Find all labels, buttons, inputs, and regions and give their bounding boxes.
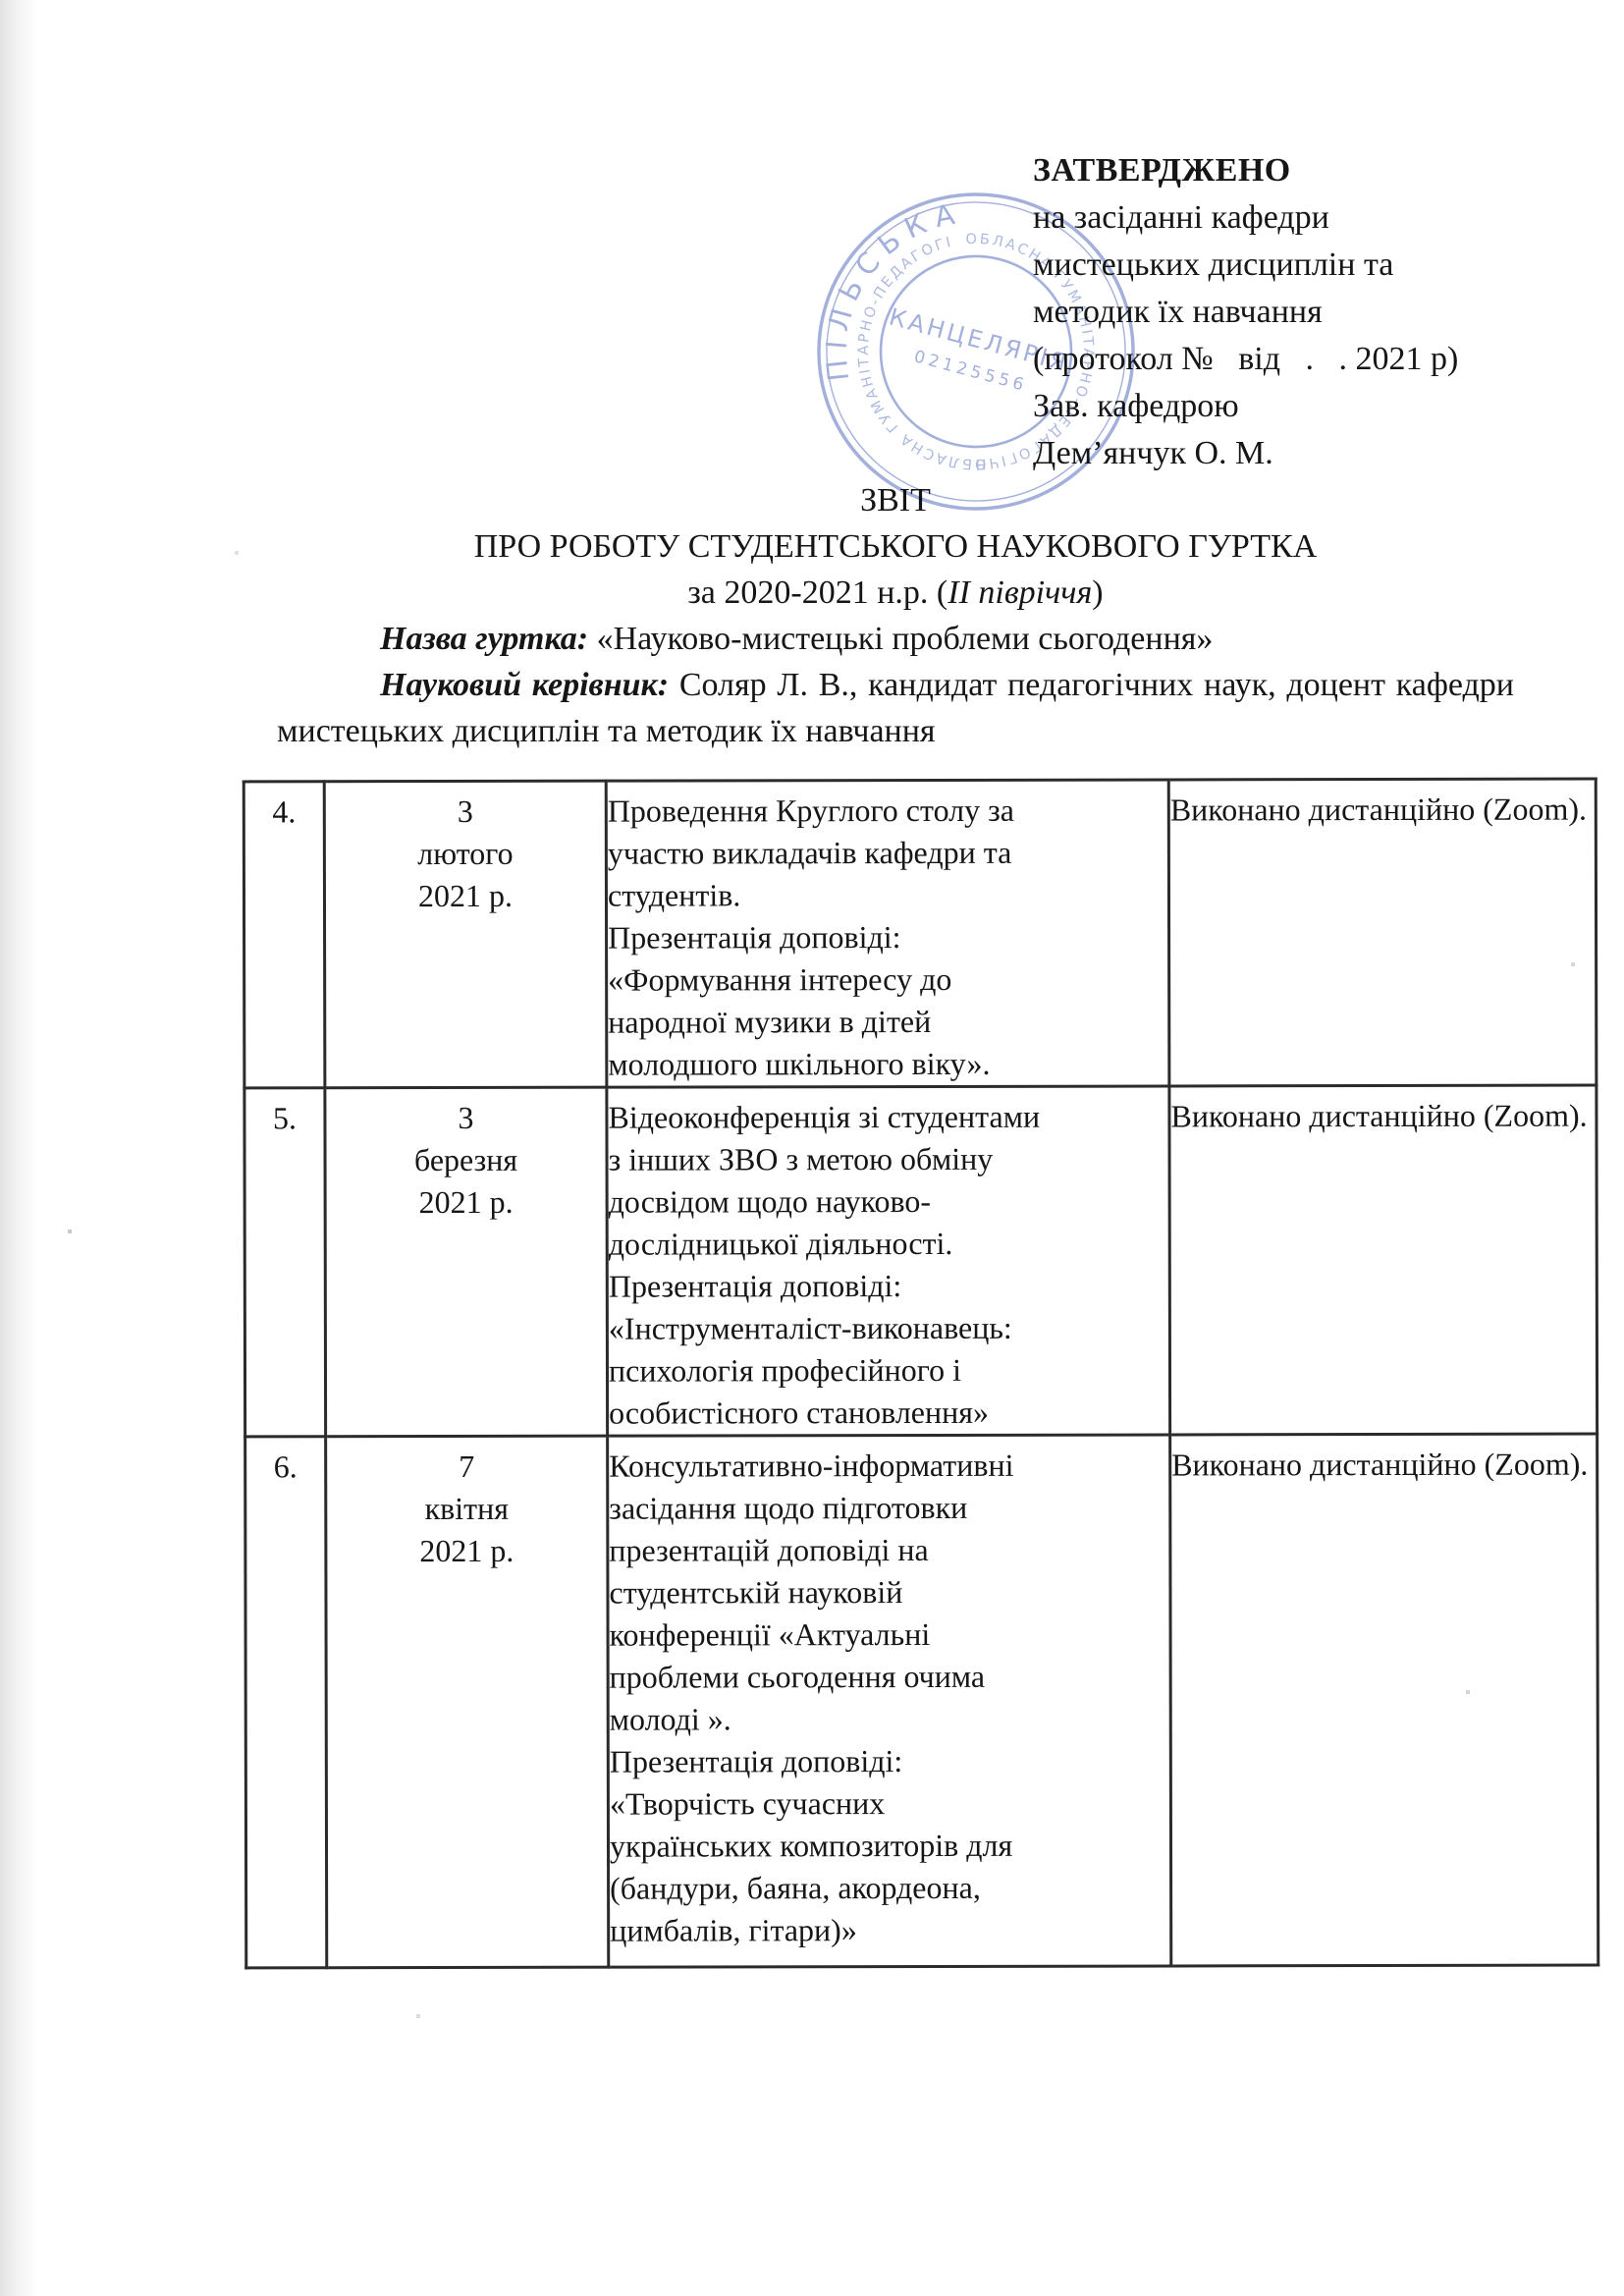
row-status: Виконано дистанційно (Zoom). (1170, 789, 1595, 832)
row-date-cell: 3 березня 2021 р. (325, 1087, 608, 1437)
row-status-cell: Виконано дистанційно (Zoom). (1168, 779, 1597, 1086)
group-name-value: «Науково-мистецькі проблеми сьогодення» (597, 621, 1214, 657)
row-activity-cell: Проведення Круглого столу за участю викл… (606, 780, 1169, 1087)
table-row: 4. 3 лютого 2021 р. Проведення Круглого … (244, 779, 1597, 1088)
row-number-cell: 5. (244, 1088, 326, 1437)
row-date: 3 лютого 2021 р. (326, 791, 605, 918)
row-activity: Проведення Круглого столу за участю викл… (608, 789, 1168, 1085)
activities-table: 4. 3 лютого 2021 р. Проведення Круглого … (243, 778, 1600, 1970)
advisor-line: Науковий керівник: Соляр Л. В., кандидат… (277, 662, 1514, 754)
row-status: Виконано дистанційно (Zoom). (1170, 1095, 1595, 1138)
table-row: 6. 7 квітня 2021 р. Консультативно-інфор… (245, 1434, 1598, 1968)
row-activity-cell: Відеоконференція зі студентами з інших З… (607, 1086, 1170, 1436)
stamp-graphic: ПІЛЬСЬКА ОБЛАСНА ГУМАНІТАРНО-ПЕДАГОГІЧН … (783, 158, 1169, 545)
advisor-label: Науковий керівник: (380, 667, 669, 703)
round-stamp: ПІЛЬСЬКА ОБЛАСНА ГУМАНІТАРНО-ПЕДАГОГІЧН … (783, 158, 1169, 545)
row-status-cell: Виконано дистанційно (Zoom). (1169, 1085, 1597, 1435)
row-date: 7 квітня 2021 р. (327, 1446, 606, 1573)
row-activity: Консультативно-інформативні засідання що… (609, 1444, 1169, 1951)
row-date-cell: 7 квітня 2021 р. (326, 1436, 609, 1968)
period-suffix: ) (1092, 574, 1103, 611)
scanned-report-page: ЗАТВЕРДЖЕНО на засіданні кафедри мистець… (0, 0, 1624, 2296)
row-date: 3 березня 2021 р. (326, 1097, 605, 1225)
group-name-line: Назва гуртка: «Науково-мистецькі проблем… (277, 616, 1514, 662)
row-number-cell: 4. (244, 782, 325, 1088)
row-date-cell: 3 лютого 2021 р. (324, 781, 607, 1088)
scan-speckles (0, 0, 2, 2)
group-name-label: Назва гуртка: (380, 621, 588, 657)
scan-edge-shadow (0, 0, 39, 2296)
report-period: за 2020-2021 н.р. (ІІ півріччя) (277, 570, 1514, 616)
period-prefix: за 2020-2021 н.р. ( (687, 574, 947, 611)
row-status: Виконано дистанційно (Zoom). (1171, 1444, 1596, 1487)
row-activity-cell: Консультативно-інформативні засідання що… (608, 1435, 1171, 1967)
period-italic: ІІ півріччя (947, 574, 1092, 611)
row-status-cell: Виконано дистанційно (Zoom). (1170, 1434, 1598, 1966)
table-row: 5. 3 березня 2021 р. Відеоконференція зі… (244, 1085, 1597, 1437)
row-number-cell: 6. (245, 1437, 327, 1968)
row-activity: Відеоконференція зі студентами з інших З… (608, 1095, 1168, 1434)
